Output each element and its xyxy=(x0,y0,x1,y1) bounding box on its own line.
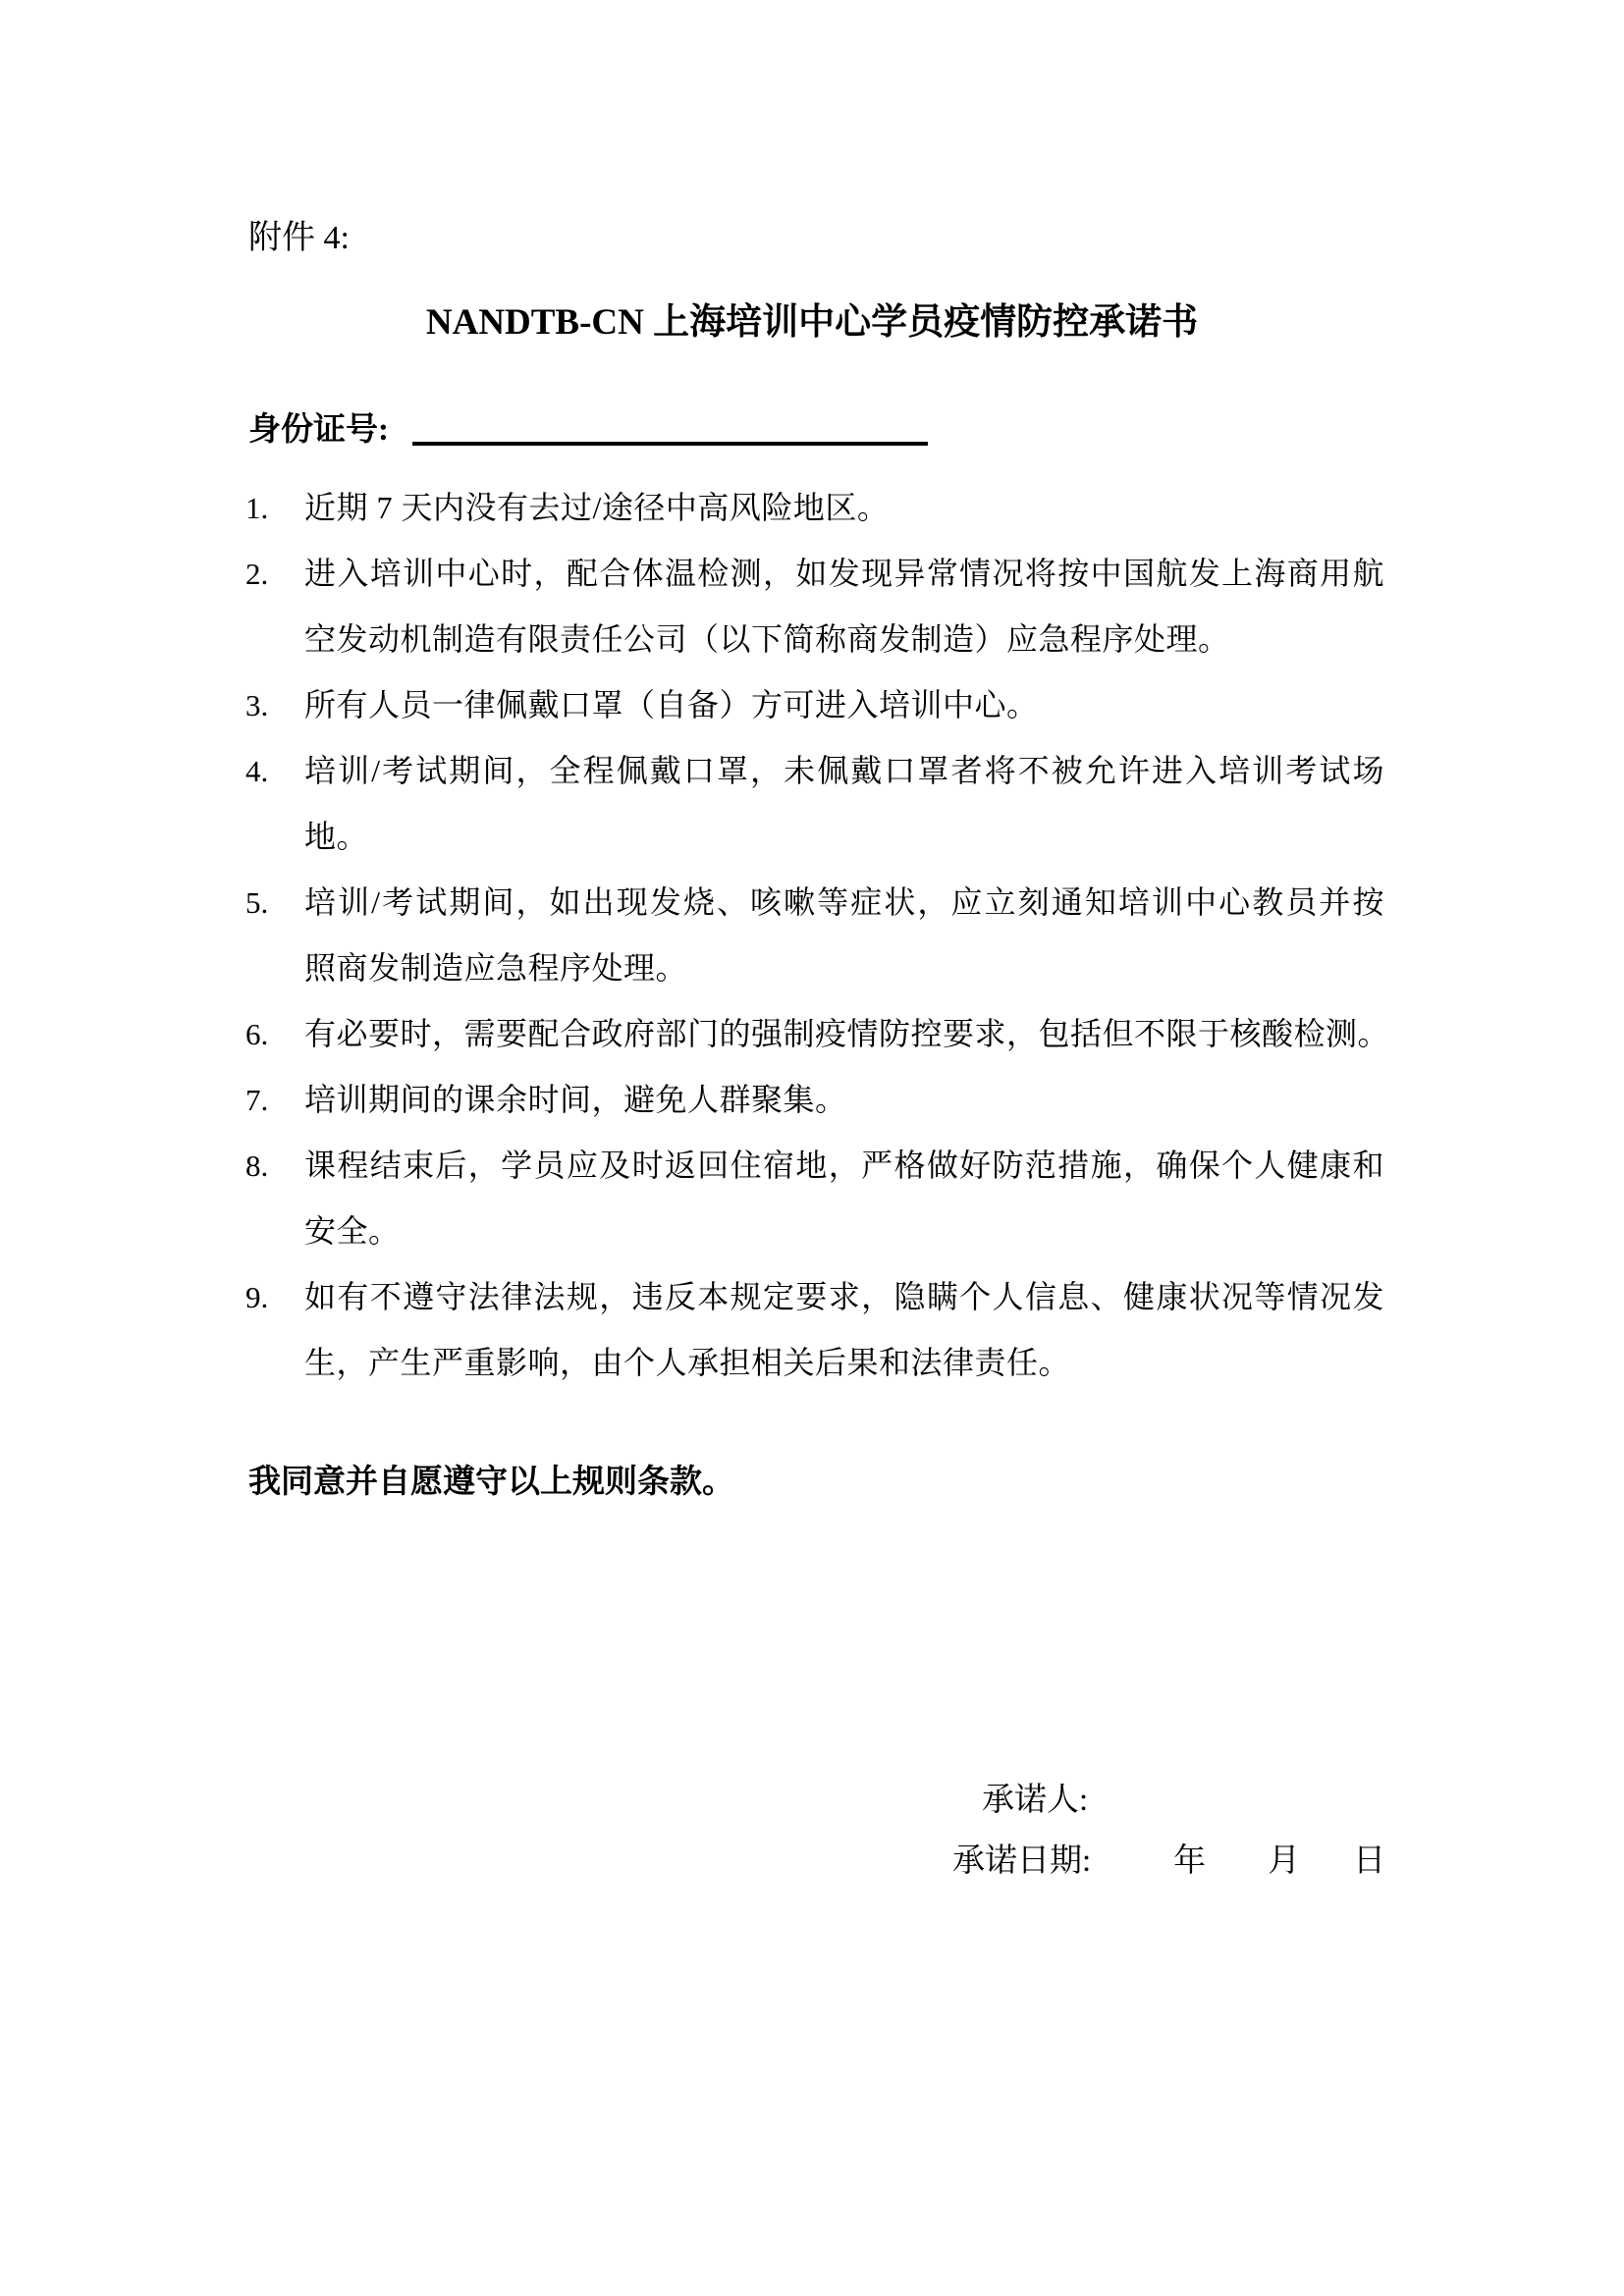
list-item: 2.进入培训中心时，配合体温检测，如发现异常情况将按中国航发上海商用航空发动机制… xyxy=(245,541,1394,672)
list-item-line: 近期 7 天内没有去过/途径中高风险地区。 xyxy=(304,475,1384,541)
list-item-number: 8. xyxy=(245,1133,268,1199)
attachment-label: 附件 4: xyxy=(248,218,350,259)
list-item-line: 生，产生严重影响，由个人承担相关后果和法律责任。 xyxy=(304,1330,1384,1396)
list-item-number: 3. xyxy=(245,672,268,738)
list-item-line: 安全。 xyxy=(304,1199,1384,1264)
list-item-number: 6. xyxy=(245,1001,268,1067)
id-number-row: 身份证号: xyxy=(248,406,928,452)
list-item-number: 2. xyxy=(245,541,268,607)
list-item-number: 5. xyxy=(245,870,268,935)
list-item-number: 9. xyxy=(245,1264,268,1330)
id-number-label: 身份证号: xyxy=(248,412,389,448)
list-item: 5.培训/考试期间，如出现发烧、咳嗽等症状，应立刻通知培训中心教员并按照商发制造… xyxy=(245,870,1394,1001)
list-item: 7.培训期间的课余时间，避免人群聚集。 xyxy=(245,1067,1394,1133)
date-line: 承诺日期:年月日 xyxy=(952,1840,1385,1883)
list-item-number: 1. xyxy=(245,475,268,541)
year-label: 年 xyxy=(1173,1843,1206,1879)
month-label: 月 xyxy=(1268,1843,1300,1879)
list-item-line: 空发动机制造有限责任公司（以下简称商发制造）应急程序处理。 xyxy=(304,607,1384,672)
list-item: 1.近期 7 天内没有去过/途径中高风险地区。 xyxy=(245,475,1394,541)
list-item-number: 4. xyxy=(245,738,268,804)
day-label: 日 xyxy=(1353,1843,1385,1879)
list-item-line: 照商发制造应急程序处理。 xyxy=(304,935,1384,1001)
list-item-number: 7. xyxy=(245,1067,268,1133)
rules-list: 1.近期 7 天内没有去过/途径中高风险地区。2.进入培训中心时，配合体温检测，… xyxy=(245,475,1394,1396)
list-item-line: 所有人员一律佩戴口罩（自备）方可进入培训中心。 xyxy=(304,672,1384,738)
promisor-label: 承诺人: xyxy=(982,1783,1088,1818)
document-title: NANDTB-CN 上海培训中心学员疫情防控承诺书 xyxy=(0,300,1624,346)
list-item-line: 培训期间的课余时间，避免人群聚集。 xyxy=(304,1067,1384,1133)
list-item-line: 培训/考试期间，全程佩戴口罩，未佩戴口罩者将不被允许进入培训考试场 xyxy=(304,738,1384,804)
id-number-blank-line xyxy=(412,406,928,446)
list-item: 8.课程结束后，学员应及时返回住宿地，严格做好防范措施，确保个人健康和安全。 xyxy=(245,1133,1394,1264)
promisor-line: 承诺人: xyxy=(982,1779,1088,1822)
list-item-line: 地。 xyxy=(304,804,1384,870)
document-page: 附件 4: NANDTB-CN 上海培训中心学员疫情防控承诺书 身份证号: 1.… xyxy=(0,0,1624,2296)
list-item: 4.培训/考试期间，全程佩戴口罩，未佩戴口罩者将不被允许进入培训考试场地。 xyxy=(245,738,1394,870)
list-item: 9.如有不遵守法律法规，违反本规定要求，隐瞒个人信息、健康状况等情况发生，产生严… xyxy=(245,1264,1394,1396)
list-item-line: 如有不遵守法律法规，违反本规定要求，隐瞒个人信息、健康状况等情况发 xyxy=(304,1264,1384,1330)
date-label: 承诺日期: xyxy=(952,1843,1091,1879)
agreement-statement: 我同意并自愿遵守以上规则条款。 xyxy=(248,1461,734,1504)
list-item: 3.所有人员一律佩戴口罩（自备）方可进入培训中心。 xyxy=(245,672,1394,738)
list-item-line: 课程结束后，学员应及时返回住宿地，严格做好防范措施，确保个人健康和 xyxy=(304,1133,1384,1199)
list-item-line: 培训/考试期间，如出现发烧、咳嗽等症状，应立刻通知培训中心教员并按 xyxy=(304,870,1384,935)
list-item-line: 进入培训中心时，配合体温检测，如发现异常情况将按中国航发上海商用航 xyxy=(304,541,1384,607)
list-item: 6.有必要时，需要配合政府部门的强制疫情防控要求，包括但不限于核酸检测。 xyxy=(245,1001,1394,1067)
list-item-line: 有必要时，需要配合政府部门的强制疫情防控要求，包括但不限于核酸检测。 xyxy=(304,1001,1384,1067)
